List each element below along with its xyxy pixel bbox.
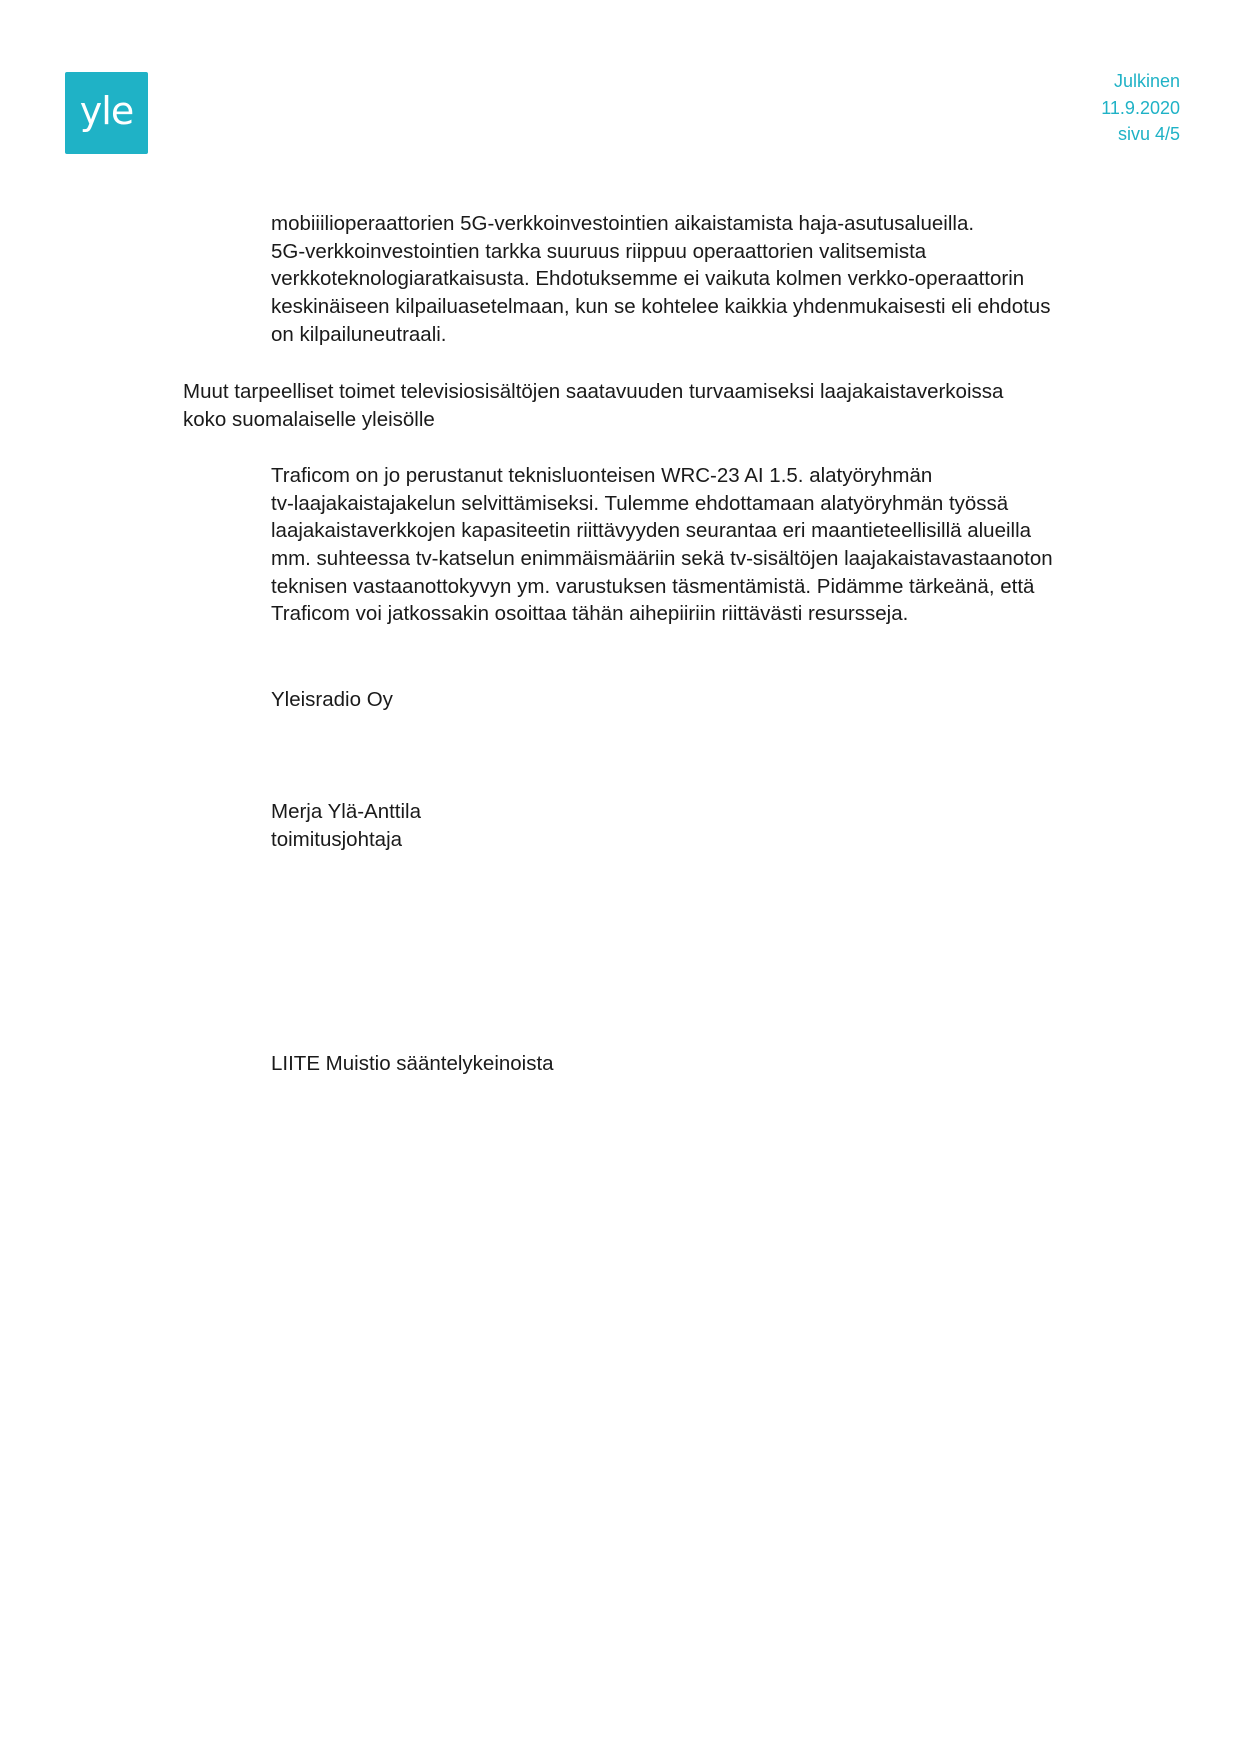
heading-line: koko suomalaiselle yleisölle bbox=[183, 406, 1003, 434]
signatory-name: Merja Ylä-Anttila bbox=[271, 798, 421, 826]
page-number: sivu 4/5 bbox=[1101, 121, 1180, 148]
document-date: 11.9.2020 bbox=[1101, 95, 1180, 122]
paragraph-competition-neutrality: mobiiilioperaattorien 5G-verkkoinvestoin… bbox=[271, 210, 1050, 348]
text-line: mobiiilioperaattorien 5G-verkkoinvestoin… bbox=[271, 210, 1050, 238]
text-line: keskinäiseen kilpailuasetelmaan, kun se … bbox=[271, 293, 1050, 321]
attachment-text: LIITE Muistio sääntelykeinoista bbox=[271, 1050, 554, 1078]
text-line: Traficom voi jatkossakin osoittaa tähän … bbox=[271, 600, 1053, 628]
signatory-title: toimitusjohtaja bbox=[271, 826, 421, 854]
text-line: verkkoteknologiaratkaisusta. Ehdotuksemm… bbox=[271, 265, 1050, 293]
signature-block: Merja Ylä-Anttila toimitusjohtaja bbox=[271, 798, 421, 853]
text-line: 5G-verkkoinvestointien tarkka suuruus ri… bbox=[271, 238, 1050, 266]
yle-logo: yle bbox=[65, 72, 148, 154]
heading-line: Muut tarpeelliset toimet televisiosisält… bbox=[183, 378, 1003, 406]
document-meta: Julkinen 11.9.2020 sivu 4/5 bbox=[1101, 68, 1180, 148]
text-line: laajakaistaverkkojen kapasiteetin riittä… bbox=[271, 517, 1053, 545]
paragraph-traficom: Traficom on jo perustanut teknisluonteis… bbox=[271, 462, 1053, 628]
organization-name: Yleisradio Oy bbox=[271, 686, 393, 714]
classification-label: Julkinen bbox=[1101, 68, 1180, 95]
text-line: Traficom on jo perustanut teknisluonteis… bbox=[271, 462, 1053, 490]
logo-text: yle bbox=[80, 89, 133, 133]
text-line: on kilpailuneutraali. bbox=[271, 321, 1050, 349]
text-line: teknisen vastaanottokyvyn ym. varustukse… bbox=[271, 573, 1053, 601]
signature-organization: Yleisradio Oy bbox=[271, 686, 393, 714]
section-heading: Muut tarpeelliset toimet televisiosisält… bbox=[183, 378, 1003, 433]
text-line: mm. suhteessa tv-katselun enimmäismäärii… bbox=[271, 545, 1053, 573]
text-line: tv-laajakaistajakelun selvittämiseksi. T… bbox=[271, 490, 1053, 518]
attachment-note: LIITE Muistio sääntelykeinoista bbox=[271, 1050, 554, 1078]
